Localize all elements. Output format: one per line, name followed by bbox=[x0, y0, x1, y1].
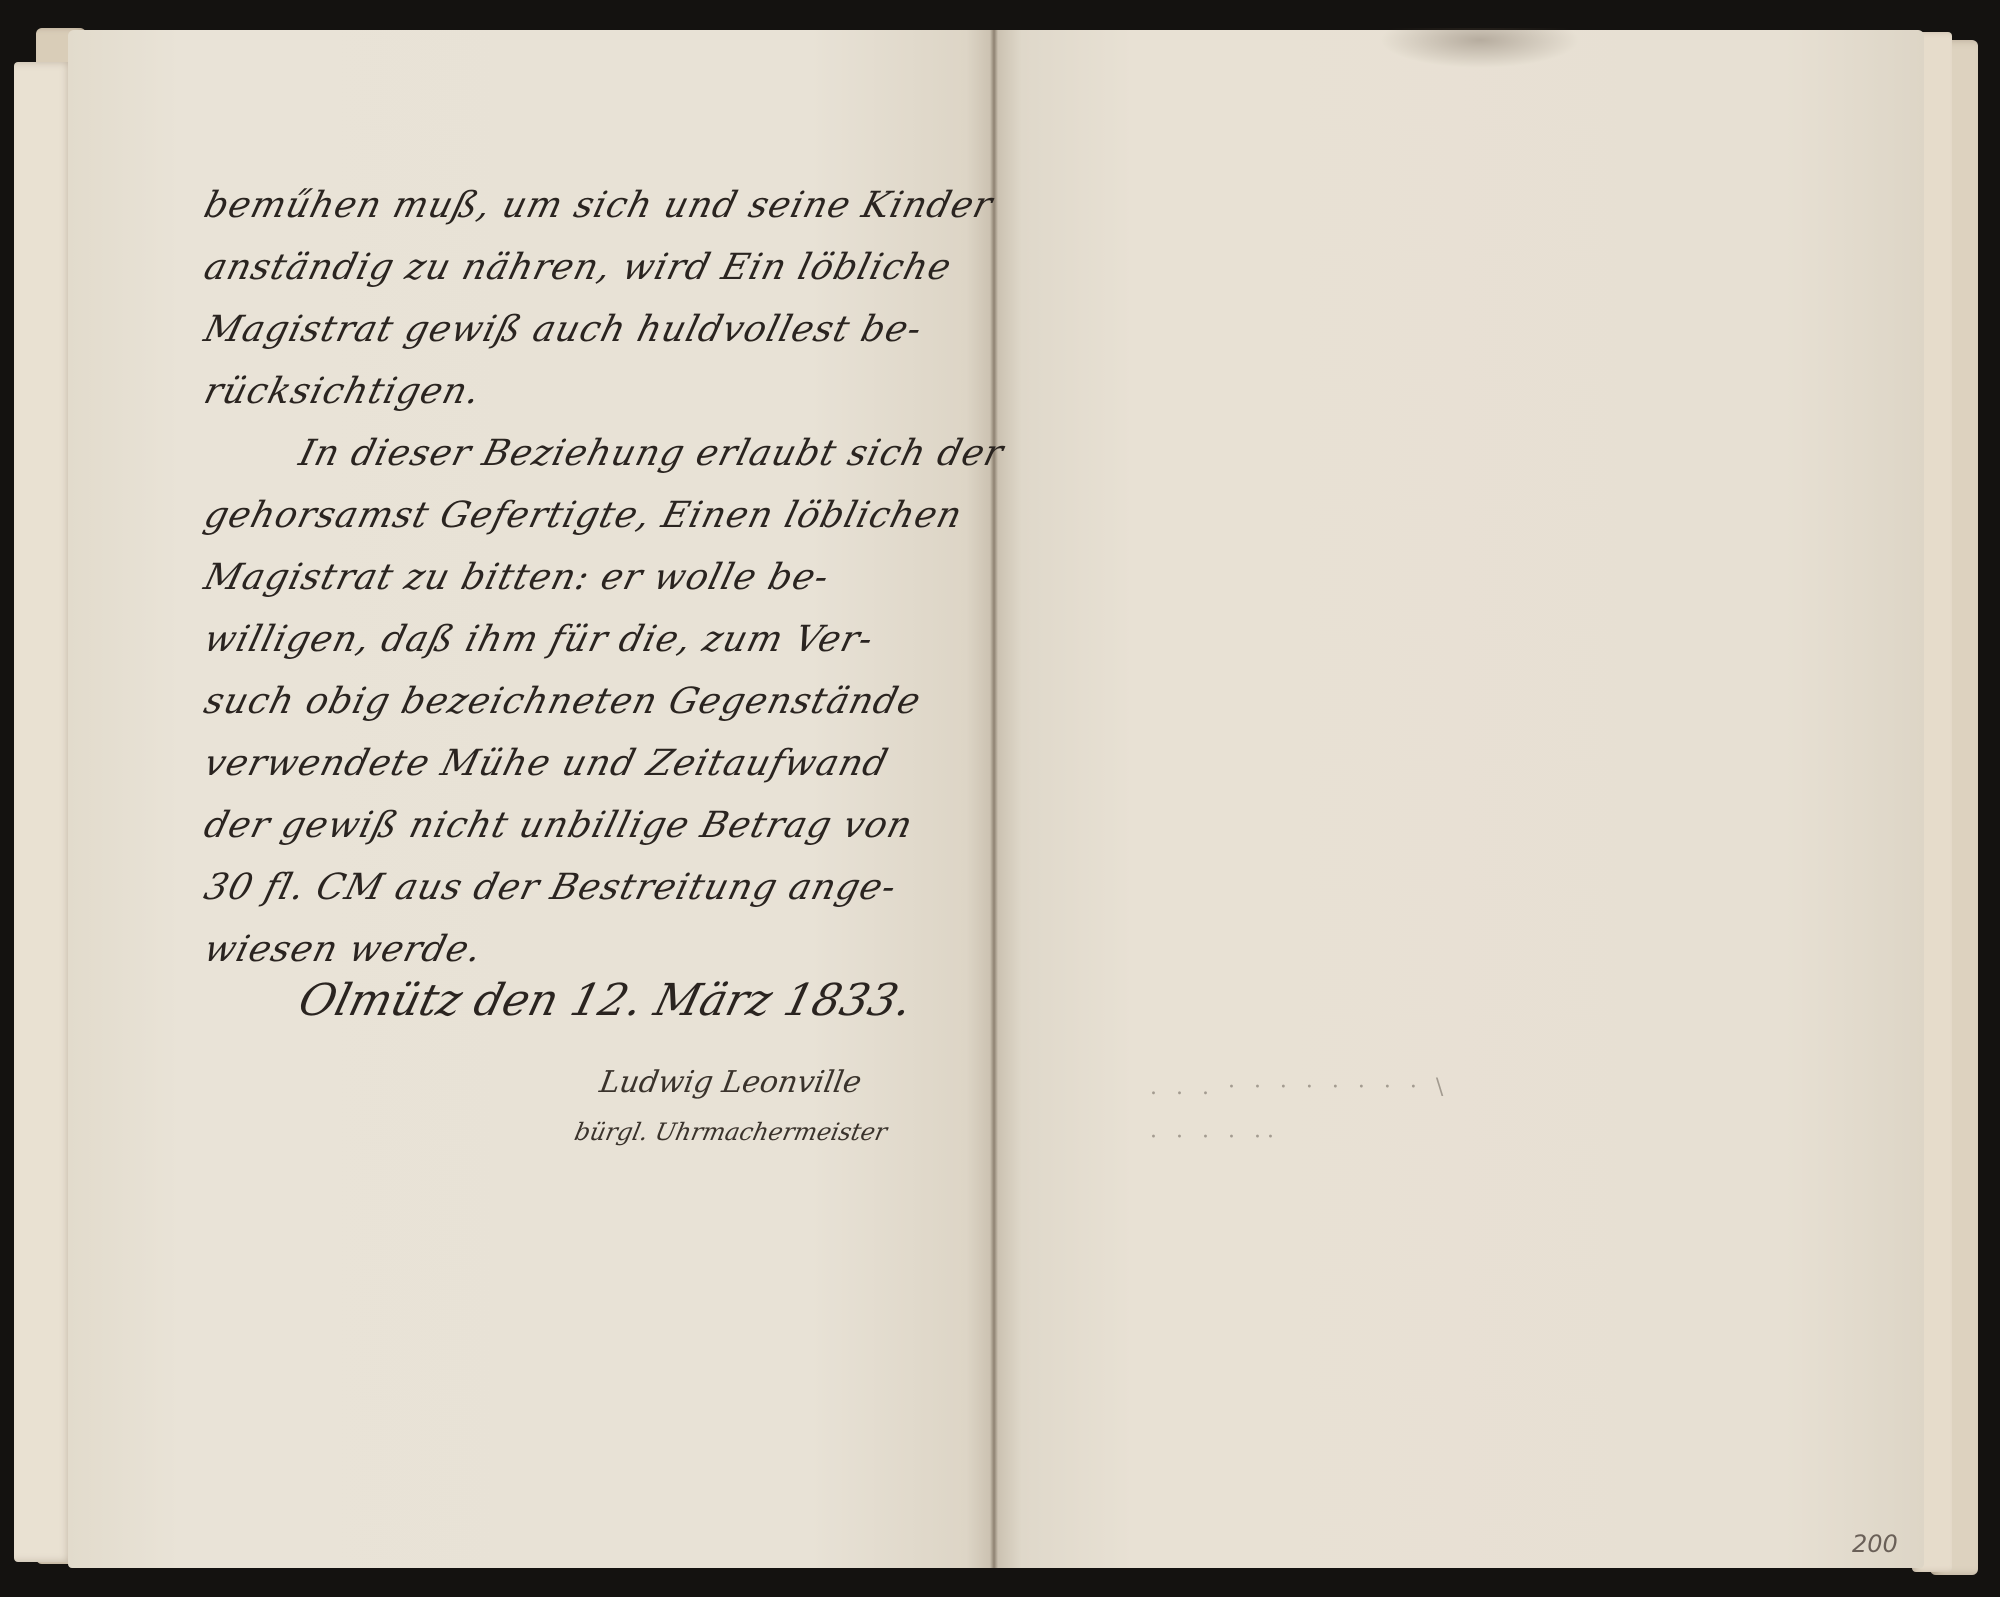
ink-bleed-through: . . . · · · · · · · · \ bbox=[1150, 1075, 1449, 1100]
handwritten-letter-body: beműhen muß, um sich und seine Kinder an… bbox=[205, 175, 1015, 981]
manuscript-line: 30 fl. CM aus der Bestreitung ange- bbox=[197, 857, 1022, 919]
signature-name: Ludwig Leonville bbox=[597, 1065, 864, 1100]
manuscript-line: Magistrat zu bitten: er wolle be- bbox=[197, 547, 1022, 609]
ink-bleed-through: · · · · ·· bbox=[1150, 1125, 1280, 1150]
manuscript-line: beműhen muß, um sich und seine Kinder bbox=[197, 175, 1022, 237]
manuscript-line: anständig zu nähren, wird Ein löbliche bbox=[197, 237, 1022, 299]
book-spread: beműhen muß, um sich und seine Kinder an… bbox=[0, 0, 2000, 1597]
manuscript-line: verwendete Mühe und Zeitaufwand bbox=[197, 733, 1022, 795]
manuscript-line: rücksichtigen. bbox=[197, 361, 1022, 423]
paper-stain bbox=[1380, 28, 1580, 68]
manuscript-line: such obig bezeichneten Gegenstände bbox=[197, 671, 1022, 733]
manuscript-line: willigen, daß ihm für die, zum Ver- bbox=[197, 609, 1022, 671]
folio-number: 200 bbox=[1852, 1530, 1898, 1558]
place-and-date: Olmütz den 12. März 1833. bbox=[294, 975, 918, 1026]
manuscript-line: gehorsamst Gefertigte, Einen löblichen bbox=[197, 485, 1022, 547]
manuscript-line: Magistrat gewiß auch huldvollest be- bbox=[197, 299, 1022, 361]
manuscript-line: wiesen werde. bbox=[197, 919, 1022, 981]
manuscript-line: In dieser Beziehung erlaubt sich der bbox=[197, 423, 1022, 485]
signature-title: bürgl. Uhrmachermeister bbox=[572, 1118, 890, 1146]
page-edge-left bbox=[14, 62, 74, 1562]
right-page bbox=[994, 30, 1924, 1568]
manuscript-line: der gewiß nicht unbillige Betrag von bbox=[197, 795, 1022, 857]
